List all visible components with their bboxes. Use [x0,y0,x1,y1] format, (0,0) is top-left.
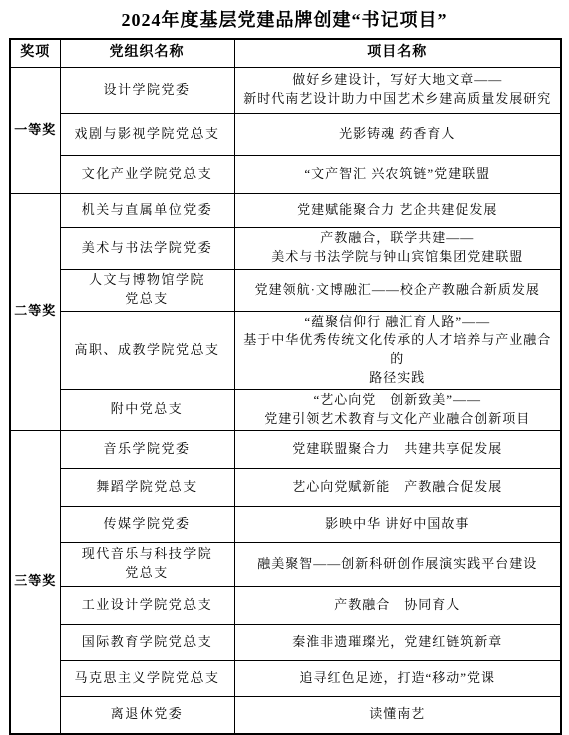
table-row: 传媒学院党委 影映中华 讲好中国故事 [10,506,561,542]
table-row: 附中党总支 “艺心向党 创新致美”—— 党建引领艺术教育与文化产业融合创新项目 [10,389,561,430]
document-page: 2024年度基层党建品牌创建“书记项目” 奖项 党组织名称 项目名称 一等奖 设… [0,0,569,711]
project-cell: “艺心向党 创新致美”—— 党建引领艺术教育与文化产业融合创新项目 [234,389,561,430]
project-cell: 做好乡建设计，写好大地文章—— 新时代南艺设计助力中国艺术乡建高质量发展研究 [234,67,561,113]
org-cell: 文化产业学院党总支 [60,155,234,193]
org-cell: 工业设计学院党总支 [60,586,234,624]
org-cell: 国际教育学院党总支 [60,624,234,660]
project-cell: 党建领航·文博融汇——校企产教融合新质发展 [234,269,561,311]
org-cell: 马克思主义学院党总支 [60,660,234,696]
org-cell: 音乐学院党委 [60,430,234,468]
org-cell: 高职、成教学院党总支 [60,311,234,389]
org-cell: 附中党总支 [60,389,234,430]
table-row: 现代音乐与科技学院 党总支 融美聚智——创新科研创作展演实践平台建设 [10,542,561,586]
table-row: 人文与博物馆学院 党总支 党建领航·文博融汇——校企产教融合新质发展 [10,269,561,311]
org-cell: 机关与直属单位党委 [60,193,234,227]
table-row: 美术与书法学院党委 产教融合，联学共建—— 美术与书法学院与钟山宾馆集团党建联盟 [10,227,561,269]
award-cell-second-prize: 二等奖 [10,193,60,430]
project-cell: 追寻红色足迹，打造“移动”党课 [234,660,561,696]
awards-table: 奖项 党组织名称 项目名称 一等奖 设计学院党委 做好乡建设计，写好大地文章——… [9,38,562,735]
org-cell: 离退休党委 [60,696,234,734]
table-row: 高职、成教学院党总支 “蕴聚信仰行 融汇育人路”—— 基于中华优秀传统文化传承的… [10,311,561,389]
project-cell: 影映中华 讲好中国故事 [234,506,561,542]
table-row: 舞蹈学院党总支 艺心向党赋新能 产教融合促发展 [10,468,561,506]
project-cell: 秦淮非遗璀璨光，党建红链筑新章 [234,624,561,660]
project-cell: “蕴聚信仰行 融汇育人路”—— 基于中华优秀传统文化传承的人才培养与产业融合的 … [234,311,561,389]
table-row: 二等奖 机关与直属单位党委 党建赋能聚合力 艺企共建促发展 [10,193,561,227]
project-cell: 融美聚智——创新科研创作展演实践平台建设 [234,542,561,586]
table-row: 戏剧与影视学院党总支 光影铸魂 药香育人 [10,113,561,155]
org-cell: 现代音乐与科技学院 党总支 [60,542,234,586]
table-row: 一等奖 设计学院党委 做好乡建设计，写好大地文章—— 新时代南艺设计助力中国艺术… [10,67,561,113]
document-title: 2024年度基层党建品牌创建“书记项目” [0,0,569,38]
project-cell: 读懂南艺 [234,696,561,734]
header-row: 奖项 党组织名称 项目名称 [10,39,561,67]
header-organization: 党组织名称 [60,39,234,67]
org-cell: 戏剧与影视学院党总支 [60,113,234,155]
project-cell: 产教融合，联学共建—— 美术与书法学院与钟山宾馆集团党建联盟 [234,227,561,269]
project-cell: 光影铸魂 药香育人 [234,113,561,155]
table-row: 工业设计学院党总支 产教融合 协同育人 [10,586,561,624]
table-row: 三等奖 音乐学院党委 党建联盟聚合力 共建共享促发展 [10,430,561,468]
project-cell: 党建赋能聚合力 艺企共建促发展 [234,193,561,227]
header-award: 奖项 [10,39,60,67]
org-cell: 美术与书法学院党委 [60,227,234,269]
table-row: 国际教育学院党总支 秦淮非遗璀璨光，党建红链筑新章 [10,624,561,660]
org-cell: 人文与博物馆学院 党总支 [60,269,234,311]
project-cell: “文产智汇 兴农筑链”党建联盟 [234,155,561,193]
org-cell: 舞蹈学院党总支 [60,468,234,506]
org-cell: 传媒学院党委 [60,506,234,542]
award-cell-first-prize: 一等奖 [10,67,60,193]
project-cell: 产教融合 协同育人 [234,586,561,624]
table-row: 离退休党委 读懂南艺 [10,696,561,734]
table-row: 马克思主义学院党总支 追寻红色足迹，打造“移动”党课 [10,660,561,696]
project-cell: 艺心向党赋新能 产教融合促发展 [234,468,561,506]
award-cell-third-prize: 三等奖 [10,430,60,734]
org-cell: 设计学院党委 [60,67,234,113]
project-cell: 党建联盟聚合力 共建共享促发展 [234,430,561,468]
table-row: 文化产业学院党总支 “文产智汇 兴农筑链”党建联盟 [10,155,561,193]
header-project: 项目名称 [234,39,561,67]
